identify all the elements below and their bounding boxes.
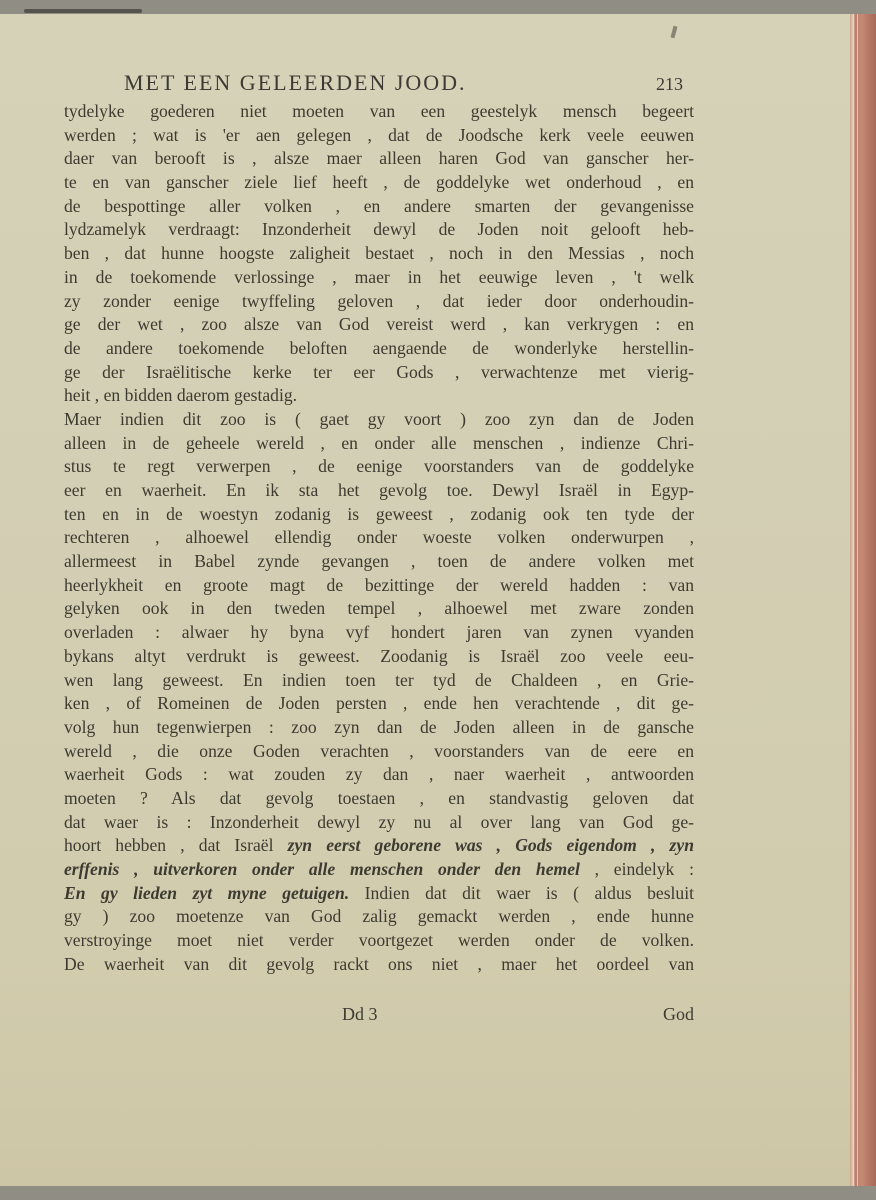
text-line: te en van ganscher ziele lief heeft , de…: [64, 171, 694, 195]
text-line: bykans altyt verdrukt is geweest. Zoodan…: [64, 645, 694, 669]
running-head: MET EEN GELEERDEN JOOD.: [124, 70, 688, 96]
text-line: wen lang geweest. En indien toen ter tyd…: [64, 669, 694, 693]
roman-text: hoort hebben , dat Israël: [64, 835, 288, 855]
text-line: ken , of Romeinen de Joden persten , end…: [64, 692, 694, 716]
text-line: heerlykheit en groote magt de bezittinge…: [64, 574, 694, 598]
text-line: lydzamelyk verdraagt: Inzonderheit dewyl…: [64, 218, 694, 242]
text-line: zy zonder eenige twyffeling geloven , da…: [64, 290, 694, 314]
text-line: ge der wet , zoo alsze van God vereist w…: [64, 313, 694, 337]
page-footer: Dd 3 God: [64, 1004, 694, 1028]
text-line: allermeest in Babel zynde gevangen , toe…: [64, 550, 694, 574]
italic-quote: erffenis , uitverkoren onder alle mensch…: [64, 859, 580, 879]
text-line: daer van berooft is , alsze maer alleen …: [64, 147, 694, 171]
text-line: werden ; wat is 'er aen gelegen , dat de…: [64, 124, 694, 148]
edge-line: [857, 14, 858, 1186]
signature-mark: Dd 3: [342, 1004, 378, 1025]
text-line: de bespottinge aller volken , en andere …: [64, 195, 694, 219]
text-line: gy ) zoo moetenze van God zalig gemackt …: [64, 905, 694, 929]
text-line-mixed: erffenis , uitverkoren onder alle mensch…: [64, 858, 694, 882]
italic-quote: zyn eerst geborene was , Gods eigendom ,…: [288, 835, 694, 855]
text-line: de andere toekomende beloften aengaende …: [64, 337, 694, 361]
italic-quote: En gy lieden zyt myne getuigen.: [64, 883, 349, 903]
text-line: ben , dat hunne hoogste zaligheit bestae…: [64, 242, 694, 266]
text-line: in de toekomende verlossinge , maer in h…: [64, 266, 694, 290]
body-text: tydelyke goederen niet moeten van een ge…: [64, 100, 694, 976]
paragraph-start-line: Maer indien dit zoo is ( gaet gy voort )…: [64, 408, 694, 432]
paragraph-end-line: heit , en bidden daerom gestadig.: [64, 384, 694, 408]
catchword: God: [663, 1004, 694, 1025]
edge-line: [853, 14, 854, 1186]
text-line-mixed: hoort hebben , dat Israël zyn eerst gebo…: [64, 834, 694, 858]
text-line: De waerheit van dit gevolg rackt ons nie…: [64, 953, 694, 977]
ink-smudge: [671, 26, 678, 39]
roman-text: , eindelyk :: [580, 859, 694, 879]
text-line: stus te regt verwerpen , de eenige voors…: [64, 455, 694, 479]
text-line: wereld , die onze Goden verachten , voor…: [64, 740, 694, 764]
text-line: waerheit Gods : wat zouden zy dan , naer…: [64, 763, 694, 787]
text-line: eer en waerheit. En ik sta het gevolg to…: [64, 479, 694, 503]
page-number: 213: [656, 74, 683, 95]
text-line: overladen : alwaer hy byna vyf hondert j…: [64, 621, 694, 645]
page-edges-red: [850, 14, 876, 1186]
text-line-mixed: En gy lieden zyt myne getuigen. Indien d…: [64, 882, 694, 906]
roman-text: Indien dat dit waer is ( aldus besluit: [349, 883, 694, 903]
text-line: dat waer is : Inzonderheit dewyl zy nu a…: [64, 811, 694, 835]
text-line: moeten ? Als dat gevolg toestaen , en st…: [64, 787, 694, 811]
text-line: gelyken ook in den tweden tempel , alhoe…: [64, 597, 694, 621]
text-line: alleen in de geheele wereld , en onder a…: [64, 432, 694, 456]
text-line: rechteren , alhoewel ellendig onder woes…: [64, 526, 694, 550]
text-line: volg hun tegenwierpen : zoo zyn dan de J…: [64, 716, 694, 740]
text-line: ten en in de woestyn zodanig is geweest …: [64, 503, 694, 527]
text-line: tydelyke goederen niet moeten van een ge…: [64, 100, 694, 124]
text-line: ge der Israëlitische kerke ter eer Gods …: [64, 361, 694, 385]
text-line: verstroyinge moet niet verder voortgezet…: [64, 929, 694, 953]
